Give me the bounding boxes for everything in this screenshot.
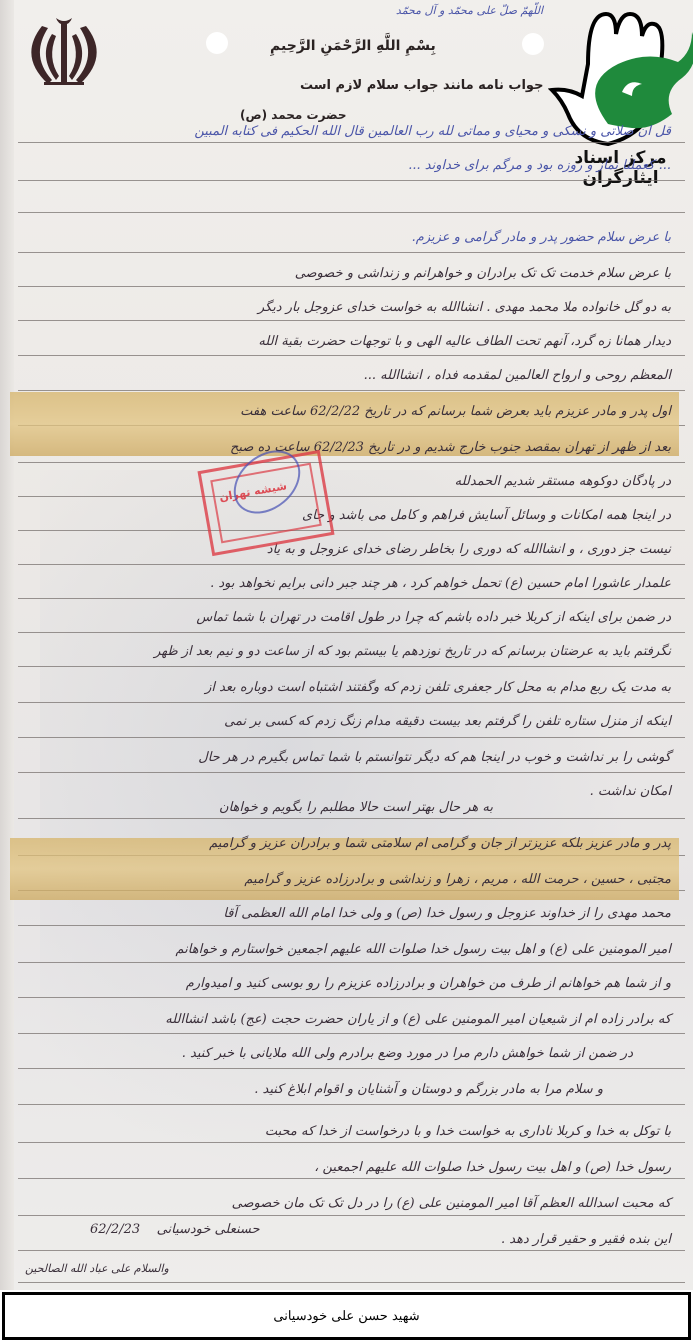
ruled-line: [18, 142, 685, 143]
signature-name: حسنعلی خودسیانی: [157, 1222, 260, 1237]
ruled-line: [18, 997, 685, 998]
handwritten-line: به هر حال بهتر است حالا مطلبم را بگویم و…: [219, 800, 493, 815]
ruled-line: [18, 252, 685, 253]
ruled-line: [18, 1250, 685, 1251]
scanned-letter: اللّهمّ صلّ علی محمّد و آل محمّد بِسْمِ …: [0, 0, 693, 1290]
ruled-line: [18, 925, 685, 926]
handwritten-line: المعظم روحی و ارواح العالمین لمقدمه فداه…: [364, 368, 671, 383]
handwritten-line: امکان نداشت .: [590, 784, 671, 799]
handwritten-line: که برادر زاده ام از شیعیان امیر المومنین…: [165, 1012, 671, 1027]
ruled-line: [18, 320, 685, 321]
caption-box: شهید حسن علی خودسیانی: [2, 1292, 691, 1340]
handwritten-line: با عرض سلام حضور پدر و مادر گرامی و عزیز…: [412, 230, 671, 245]
ruled-line: [18, 496, 685, 497]
handwritten-line: و از شما هم خواهانم از طرف من خواهران و …: [186, 976, 671, 991]
handwritten-line: با عرض سلام خدمت تک تک برادران و خواهران…: [295, 266, 671, 281]
ruled-line: [18, 180, 685, 181]
ruled-line: [18, 772, 685, 773]
handwritten-line: به مدت یک ربع مدام به محل کار جعفری تلفن…: [205, 680, 671, 695]
signature: 62/2/23 حسنعلی خودسیانی: [90, 1222, 260, 1237]
motto-attribution: حضرت محمد (ص): [240, 108, 347, 122]
handwritten-line: محمد مهدی را از خداوند عزوجل و رسول خدا …: [223, 906, 671, 921]
ruled-line: [18, 530, 685, 531]
ruled-line: [18, 1104, 685, 1105]
ruled-line: [18, 598, 685, 599]
ruled-line: [18, 737, 685, 738]
handwritten-line: قل ان صلاتی و نسکی و محیای و مماتی لله ر…: [194, 124, 671, 139]
ruled-line: [18, 355, 685, 356]
handwritten-line: مجتبی ، حسین ، حرمت الله ، مریم ، زهرا و…: [244, 872, 671, 887]
handwritten-salawat: اللّهمّ صلّ علی محمّد و آل محمّد: [396, 4, 543, 17]
handwritten-line: اول پدر و مادر عزیزم باید بعرض شما برسان…: [240, 404, 671, 419]
punch-hole: [206, 32, 228, 54]
handwritten-line: در ضمن از شما خواهش دارم مرا در مورد وضع…: [182, 1046, 633, 1061]
closing-line: والسلام علی عباد الله الصالحین: [25, 1262, 169, 1275]
ruled-line: [18, 1178, 685, 1179]
ruled-line: [18, 1142, 685, 1143]
ruled-line: [18, 462, 685, 463]
ruled-line: [18, 564, 685, 565]
handwritten-line: با توکل به خدا و کربلا ناداری به خواست خ…: [265, 1124, 671, 1139]
handwritten-line: این بنده فقیر و حقیر قرار دهد .: [501, 1232, 671, 1247]
handwritten-line: اینکه از منزل ستاره تلفن را گرفتم بعد بی…: [224, 714, 671, 729]
handwritten-line: پدر و مادر عزیز بلکه عزیزتر از جان و گرا…: [209, 836, 671, 851]
ruled-line: [18, 702, 685, 703]
handwritten-line: در اینجا همه امکانات و وسائل آسایش فراهم…: [302, 508, 671, 523]
handwritten-line: امیر المومنین علی (ع) و اهل بیت رسول خدا…: [176, 942, 672, 957]
handwritten-line: رسول خدا (ص) و اهل بیت رسول خدا صلوات ال…: [314, 1160, 671, 1175]
handwritten-line: که محبت اسدالله العظم آقا امیر المومنین …: [232, 1196, 671, 1211]
punch-hole: [522, 33, 544, 55]
ruled-line: [18, 818, 685, 819]
ruled-line: [18, 1215, 685, 1216]
handwritten-line: علمدار عاشورا امام حسین (ع) تحمل خواهم ک…: [210, 576, 671, 591]
faint-photo-background: [40, 470, 640, 1170]
basmala: بِسْمِ اللَّهِ الرَّحْمَنِ الرَّحِيمِ: [270, 38, 436, 54]
handwritten-line: در ضمن برای اینکه از کربلا خبر داده باشم…: [196, 610, 671, 625]
ruled-line: [18, 632, 685, 633]
iran-emblem-icon: [22, 10, 106, 92]
letterhead-motto: جواب نامه مانند جواب سلام لازم است: [300, 78, 543, 93]
ruled-line: [18, 390, 685, 391]
ruled-line: [18, 1068, 685, 1069]
ruled-line: [18, 1282, 685, 1283]
signature-date: 62/2/23: [90, 1222, 140, 1237]
ruled-line: [18, 286, 685, 287]
handwritten-line: به دو گل خانواده ملا محمد مهدی . انشاالل…: [258, 300, 671, 315]
ruled-line: [18, 666, 685, 667]
handwritten-line: ... کعملنا نماز و روزه بود و مرگم برای خ…: [408, 158, 671, 173]
caption-text: شهید حسن علی خودسیانی: [273, 1309, 419, 1324]
ruled-line: [18, 962, 685, 963]
handwritten-line: در پادگان دوکوهه مستقر شدیم الحمدلله: [455, 474, 671, 489]
handwritten-line: نگرفتم باید به عرضتان برسانم که در تاریخ…: [154, 644, 671, 659]
ruled-line: [18, 212, 685, 213]
handwritten-line: گوشی را بر نداشت و خوب در اینجا هم که دی…: [198, 750, 671, 765]
handwritten-line: و سلام مرا به مادر بزرگم و دوستان و آشنا…: [254, 1082, 603, 1097]
handwritten-line: دیدار همانا زه گرد، آنهم تحت الطاف عالیه…: [258, 334, 671, 349]
ruled-line: [18, 1033, 685, 1034]
handwritten-line: بعد از ظهر از تهران بمقصد جنوب خارج شدیم…: [230, 440, 671, 455]
hand-dove-logo-icon: [548, 4, 693, 164]
handwritten-line: نیست جز دوری ، و انشاالله که دوری را بخا…: [267, 542, 671, 557]
